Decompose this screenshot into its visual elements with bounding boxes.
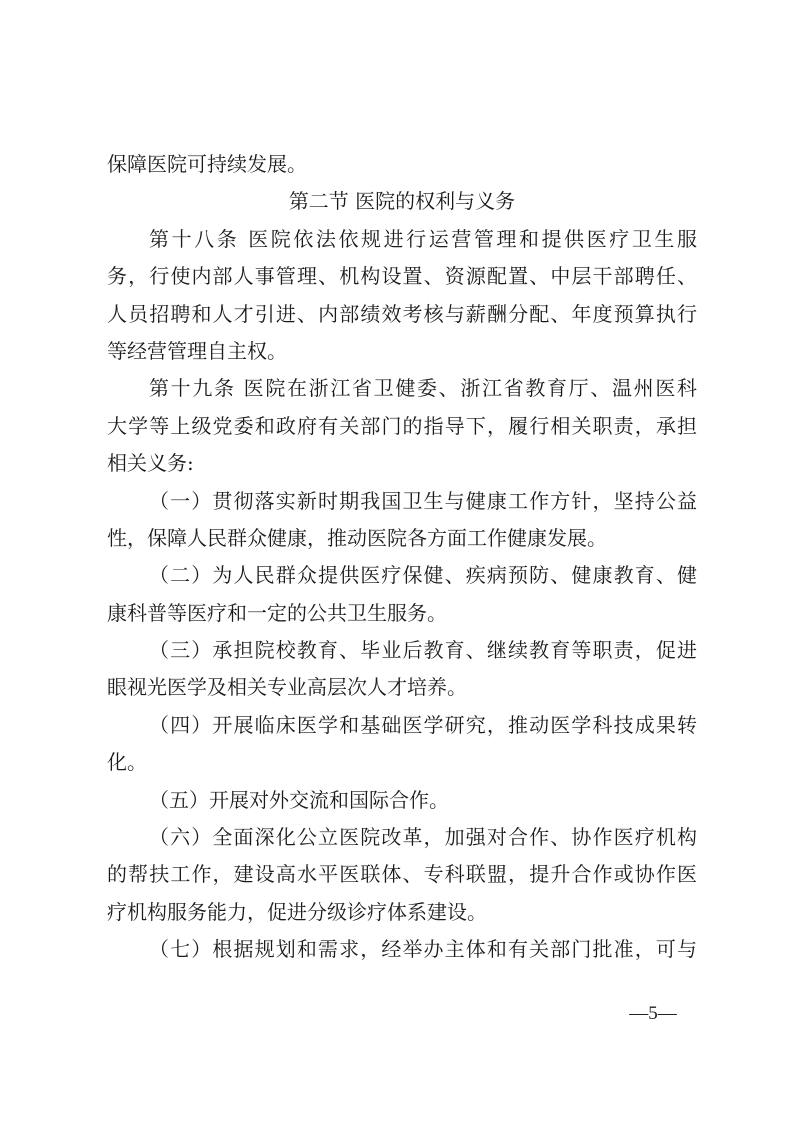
list-item-6: （六）全面深化公立医院改革，加强对合作、协作医疗机构 [107, 819, 697, 856]
list-item-5: （五）开展对外交流和国际合作。 [107, 782, 697, 819]
list-item-2: （二）为人民群众提供医疗保健、疾病预防、健康教育、健 [107, 557, 697, 594]
article-18-line: 第十八条 医院依法依规进行运营管理和提供医疗卫生服 [107, 221, 697, 258]
paragraph-line: 相关义务: [107, 445, 697, 482]
page-number: —5— [628, 1002, 678, 1026]
list-item-4: （四）开展临床医学和基础医学研究，推动医学科技成果转 [107, 707, 697, 744]
paragraph-line: 的帮扶工作，建设高水平医联体、专科联盟，提升合作或协作医 [107, 856, 697, 893]
document-body: 保障医院可持续发展。 第二节 医院的权利与义务 第十八条 医院依法依规进行运营管… [107, 146, 697, 969]
section-heading: 第二节 医院的权利与义务 [107, 183, 697, 220]
document-page: 保障医院可持续发展。 第二节 医院的权利与义务 第十八条 医院依法依规进行运营管… [0, 0, 794, 1123]
list-item-7: （七）根据规划和需求，经举办主体和有关部门批准，可与 [107, 931, 697, 968]
paragraph-line: 保障医院可持续发展。 [107, 146, 697, 183]
paragraph-line: 康科普等医疗和一定的公共卫生服务。 [107, 595, 697, 632]
paragraph-line: 眼视光医学及相关专业高层次人才培养。 [107, 669, 697, 706]
paragraph-line: 化。 [107, 744, 697, 781]
paragraph-line: 疗机构服务能力，促进分级诊疗体系建设。 [107, 894, 697, 931]
paragraph-line: 大学等上级党委和政府有关部门的指导下，履行相关职责，承担 [107, 408, 697, 445]
article-19-line: 第十九条 医院在浙江省卫健委、浙江省教育厅、温州医科 [107, 370, 697, 407]
paragraph-line: 性，保障人民群众健康，推动医院各方面工作健康发展。 [107, 520, 697, 557]
list-item-3: （三）承担院校教育、毕业后教育、继续教育等职责，促进 [107, 632, 697, 669]
paragraph-line: 务，行使内部人事管理、机构设置、资源配置、中层干部聘任、 [107, 258, 697, 295]
paragraph-line: 人员招聘和人才引进、内部绩效考核与薪酬分配、年度预算执行 [107, 296, 697, 333]
list-item-1: （一）贯彻落实新时期我国卫生与健康工作方针，坚持公益 [107, 483, 697, 520]
paragraph-line: 等经营管理自主权。 [107, 333, 697, 370]
